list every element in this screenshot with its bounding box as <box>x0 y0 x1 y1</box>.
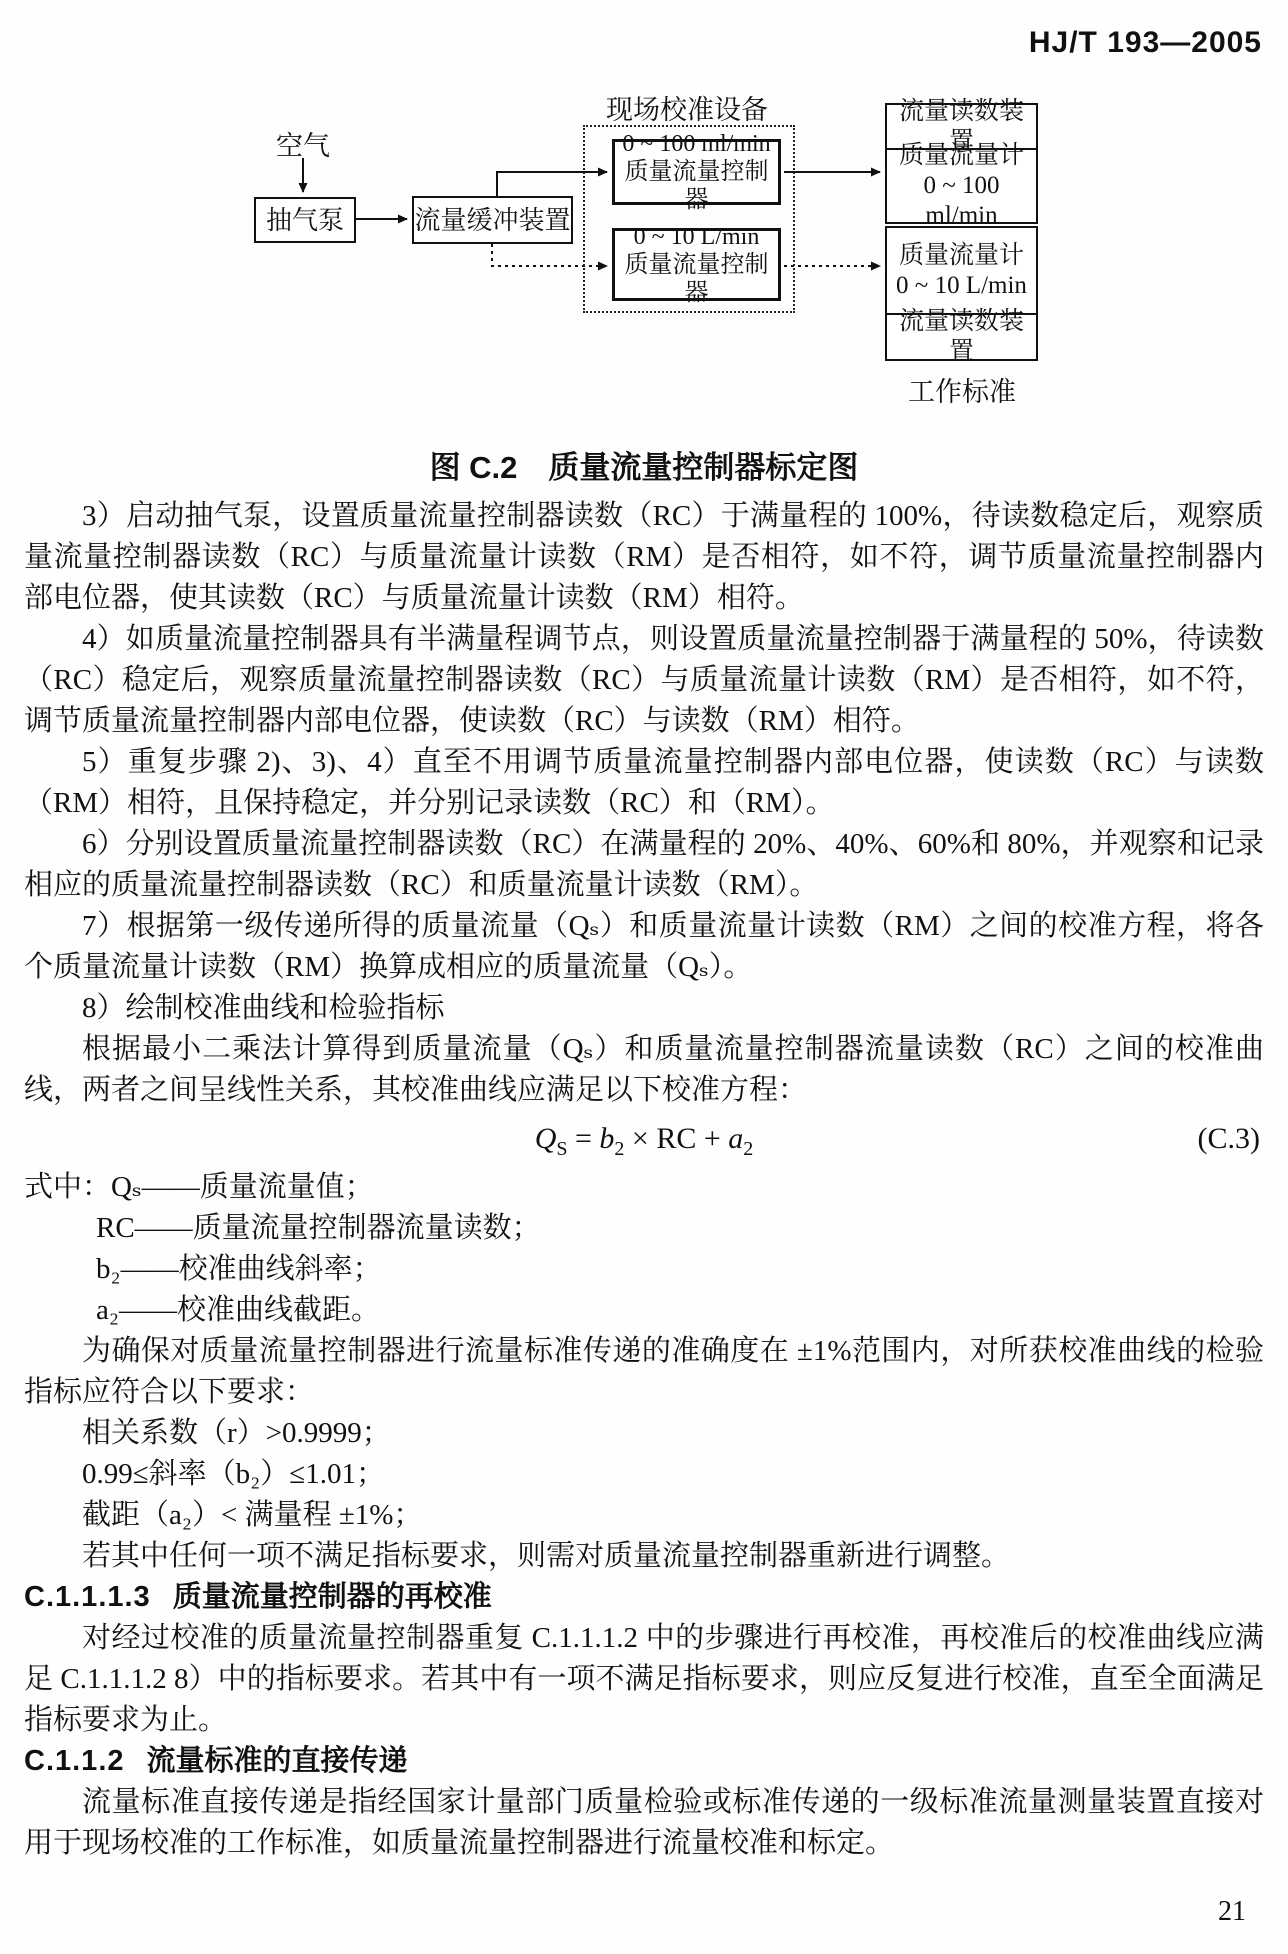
equation-c3: QS = b2 × RC + a2 (C.3) <box>24 1111 1264 1167</box>
equation-intercept: a <box>728 1122 743 1155</box>
heading-recalibration: C.1.1.1.3质量流量控制器的再校准 <box>24 1577 1264 1618</box>
least-squares-paragraph: 根据最小二乘法计算得到质量流量（Qₛ）和质量流量控制器流量读数（RC）之间的校准… <box>24 1029 1264 1111</box>
mfc-large-node: 0 ~ 10 L/min 质量流量控制器 <box>612 228 781 301</box>
calibration-diagram: 空气 抽气泵 流量缓冲装置 现场校准设备 0 ~ 100 ml/min 质量流量… <box>0 58 1288 406</box>
equation-lhs: Q <box>535 1122 557 1155</box>
meter-large-name: 质量流量计 <box>899 241 1024 271</box>
page-number: 21 <box>1218 1896 1246 1928</box>
meter-small-name: 质量流量计 <box>899 141 1024 171</box>
definition-b2: b₂——校准曲线斜率； <box>24 1249 1264 1290</box>
air-label: 空气 <box>276 124 330 163</box>
equation-operator: × RC + <box>624 1122 728 1155</box>
heading-direct-transfer-title: 流量标准的直接传递 <box>147 1745 408 1777</box>
pump-node: 抽气泵 <box>254 197 356 243</box>
mfc-small-node: 0 ~ 100 ml/min 质量流量控制器 <box>612 139 781 205</box>
equation-number: (C.3) <box>1198 1111 1261 1167</box>
mfc-small-range: 0 ~ 100 ml/min <box>622 130 770 158</box>
body-text: 3）启动抽气泵，设置质量流量控制器读数（RC）于满量程的 100%，待读数稳定后… <box>24 496 1264 1864</box>
step-7: 7）根据第一级传递所得的质量流量（Qₛ）和质量流量计读数（RM）之间的校准方程，… <box>24 906 1264 988</box>
meter-large-stack: 质量流量计 0 ~ 10 L/min 流量读数装置 <box>885 226 1038 361</box>
working-standard-label: 工作标准 <box>908 370 1016 409</box>
field-equipment-label: 现场校准设备 <box>606 88 768 127</box>
heading-recalibration-title: 质量流量控制器的再校准 <box>173 1581 492 1613</box>
figure-caption: 图 C.2 质量流量控制器标定图 <box>0 442 1288 488</box>
criterion-slope: 0.99≤斜率（b₂）≤1.01； <box>24 1454 1264 1495</box>
mass-flow-meter-small: 质量流量计 0 ~ 100 ml/min <box>887 148 1036 222</box>
mfc-small-name: 质量流量控制器 <box>615 158 778 214</box>
criterion-intercept: 截距（a₂）< 满量程 ±1%； <box>24 1495 1264 1536</box>
direct-transfer-paragraph: 流量标准直接传递是指经国家计量部门质量检验或标准传递的一级标准流量测量装置直接对… <box>24 1782 1264 1864</box>
meter-small-range: 0 ~ 100 ml/min <box>887 171 1036 231</box>
criterion-correlation: 相关系数（r）>0.9999； <box>24 1413 1264 1454</box>
accuracy-paragraph: 为确保对质量流量控制器进行流量标准传递的准确度在 ±1%范围内，对所获校准曲线的… <box>24 1331 1264 1413</box>
step-8: 8）绘制校准曲线和检验指标 <box>24 988 1264 1029</box>
equation-lhs-sub: S <box>556 1138 567 1160</box>
document-page: HJ/T 193—2005 空气 抽气泵 流量缓冲装置 现场校准设备 0 ~ 1… <box>0 0 1288 1954</box>
definition-a2: a₂——校准曲线截距。 <box>24 1290 1264 1331</box>
flow-buffer-node: 流量缓冲装置 <box>412 196 573 244</box>
mfc-large-range: 0 ~ 10 L/min <box>634 223 760 251</box>
equation-slope: b <box>599 1122 614 1155</box>
step-5: 5）重复步骤 2)、3)、4）直至不用调节质量流量控制器内部电位器，使读数（RC… <box>24 742 1264 824</box>
flow-reader-bottom: 流量读数装置 <box>887 313 1036 359</box>
heading-direct-transfer: C.1.1.2流量标准的直接传递 <box>24 1741 1264 1782</box>
equation-slope-sub: 2 <box>614 1138 624 1160</box>
heading-direct-transfer-number: C.1.1.2 <box>24 1745 125 1777</box>
meter-large-range: 0 ~ 10 L/min <box>896 271 1027 301</box>
equation-intercept-sub: 2 <box>743 1138 753 1160</box>
recalibration-paragraph: 对经过校准的质量流量控制器重复 C.1.1.1.2 中的步骤进行再校准，再校准后… <box>24 1618 1264 1741</box>
definition-rc: RC——质量流量控制器流量读数； <box>24 1208 1264 1249</box>
step-3: 3）启动抽气泵，设置质量流量控制器读数（RC）于满量程的 100%，待读数稳定后… <box>24 496 1264 619</box>
step-4: 4）如质量流量控制器具有半满量程调节点，则设置质量流量控制器于满量程的 50%，… <box>24 619 1264 742</box>
heading-recalibration-number: C.1.1.1.3 <box>24 1581 151 1613</box>
step-6: 6）分别设置质量流量控制器读数（RC）在满量程的 20%、40%、60%和 80… <box>24 824 1264 906</box>
mfc-large-name: 质量流量控制器 <box>615 251 778 307</box>
definition-intro: 式中：Qₛ——质量流量值； <box>24 1167 1264 1208</box>
equation-equals: = <box>568 1122 600 1155</box>
standard-number-header: HJ/T 193—2005 <box>0 0 1288 58</box>
meter-small-stack: 流量读数装置 质量流量计 0 ~ 100 ml/min <box>885 103 1038 224</box>
mass-flow-meter-large: 质量流量计 0 ~ 10 L/min <box>887 228 1036 313</box>
readjust-paragraph: 若其中任何一项不满足指标要求，则需对质量流量控制器重新进行调整。 <box>24 1536 1264 1577</box>
